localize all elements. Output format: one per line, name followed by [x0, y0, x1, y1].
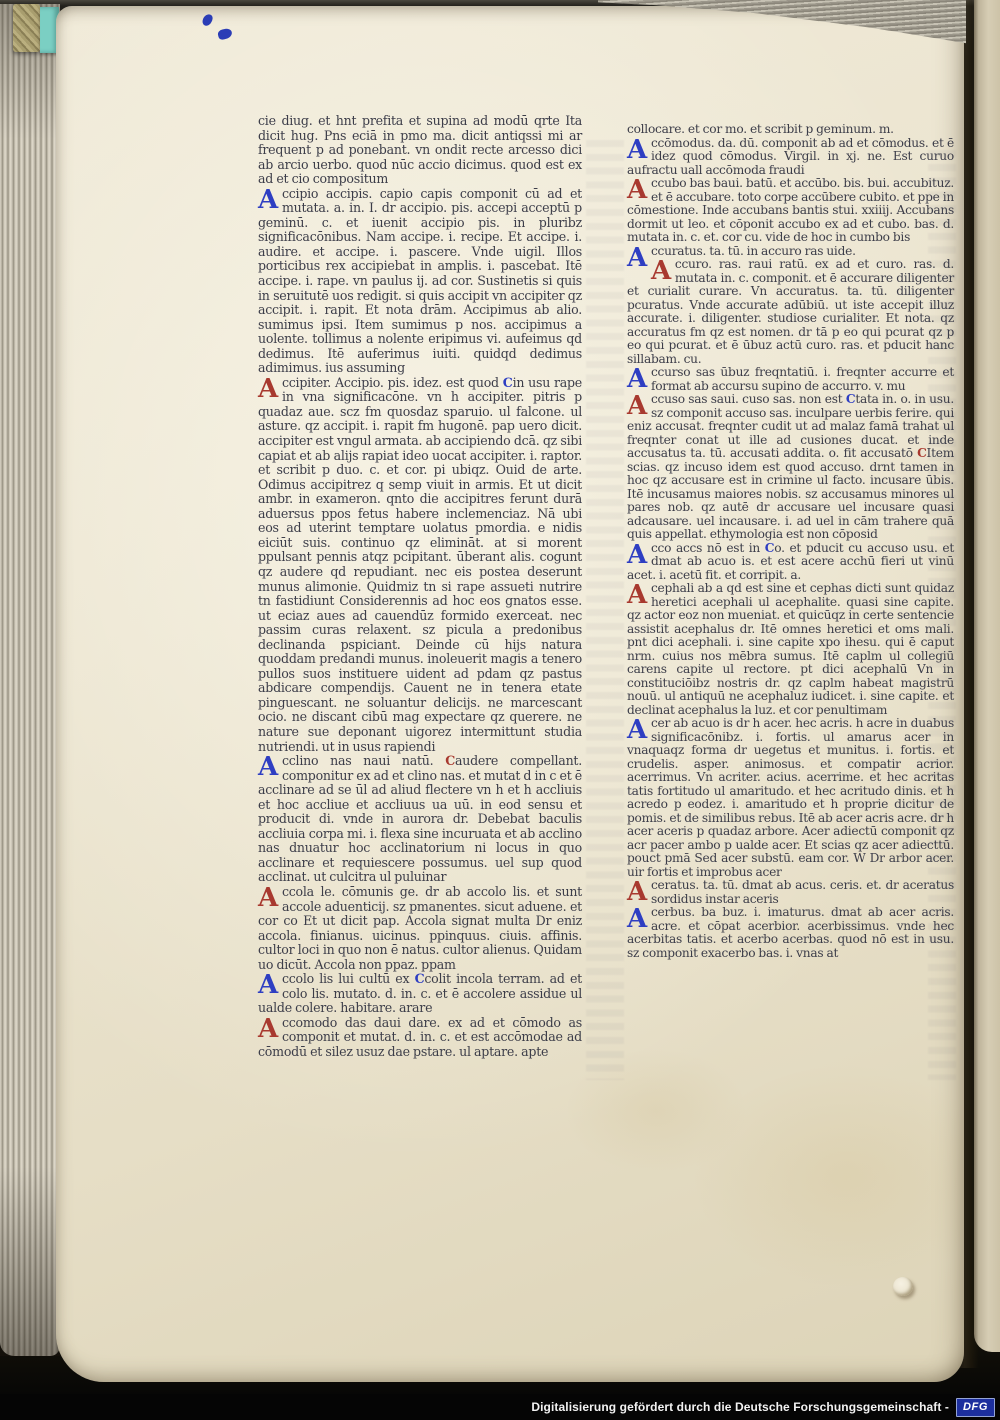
entry-acer: Acer ab acuo is dr h acer. hec acris. h …: [627, 717, 954, 879]
paragraph-mark: C: [917, 446, 926, 460]
illuminated-initial: A: [627, 719, 647, 742]
illuminated-initial: A: [627, 395, 647, 418]
digitized-book-photo: cie diug. et hnt prefita et supina ad mo…: [0, 0, 1000, 1420]
manuscript-text: cco accs nō est in: [651, 541, 765, 555]
manuscript-text: cer ab acuo is dr h acer. hec acris. h a…: [627, 716, 954, 879]
illuminated-initial: A: [627, 544, 647, 567]
entry-acco: Acco accs nō est in Co. et pducit cu acc…: [627, 542, 954, 583]
manuscript-text: Item scias. qz incuso idem est quod accu…: [627, 446, 954, 541]
illuminated-initial: A: [627, 247, 647, 270]
manuscript-text: ccuso sas saui. cuso sas. non est: [651, 392, 846, 406]
illuminated-initial: A: [627, 139, 647, 162]
manuscript-text: in usu rape in vna significacōne. vn h a…: [258, 375, 582, 754]
illuminated-initial: A: [627, 881, 647, 904]
manuscript-text: collocare. et cor mo. et scribit p gemin…: [627, 122, 894, 136]
text-column-right: collocare. et cor mo. et scribit p gemin…: [627, 123, 954, 960]
illuminated-initial: A: [627, 179, 647, 202]
paragraph-mark: C: [846, 392, 855, 406]
text-paragraph: collocare. et cor mo. et scribit p gemin…: [627, 123, 954, 137]
entry-accipio: Accipio accipis. capio capis componit cū…: [258, 187, 582, 376]
illuminated-initial: A: [258, 756, 278, 779]
paragraph-mark: C: [445, 753, 455, 768]
entry-accuro: Accuro. ras. raui ratū. ex ad et curo. r…: [627, 258, 954, 366]
manuscript-text: ccuro. ras. raui ratū. ex ad et curo. ra…: [627, 257, 954, 366]
page-edges: [0, 4, 60, 1356]
illuminated-initial: A: [627, 908, 647, 931]
illuminated-initial: A: [651, 260, 671, 283]
entry-accubo: Accubo bas baui. batū. et accūbo. bis. b…: [627, 177, 954, 245]
manuscript-text: ccomodo das daui dare. ex ad et cōmodo a…: [258, 1015, 582, 1059]
illuminated-initial: A: [627, 368, 647, 391]
paragraph-mark: C: [765, 541, 774, 555]
entry-accurso: Accurso sas ūbuz freqntatiū. i. freqnter…: [627, 366, 954, 393]
manuscript-text: cclino nas naui natū.: [282, 753, 445, 768]
manuscript-text: ccolo lis lui cultū ex: [282, 971, 415, 986]
illuminated-initial: A: [258, 974, 278, 997]
endband: [13, 4, 40, 52]
manuscript-text: ceratus. ta. tū. dmat ab acus. ceris. et…: [651, 878, 954, 906]
manuscript-text: ccola le. cōmunis ge. dr ab accolo lis. …: [258, 884, 582, 972]
illuminated-initial: A: [258, 189, 278, 212]
entry-acerbus: Acerbus. ba buz. i. imaturus. dmat ab ac…: [627, 906, 954, 960]
entry-accuratus: Accuratus. ta. tū. in accuro ras uide.: [627, 245, 954, 259]
entry-acephali: Acephali ab a qd est sine et cephas dict…: [627, 582, 954, 717]
manuscript-text: ccōmodus. da. dū. componit ab ad et cōmo…: [627, 136, 954, 177]
entry-aceratus: Aceratus. ta. tū. dmat ab acus. ceris. e…: [627, 879, 954, 906]
entry-accola: Accola le. cōmunis ge. dr ab accolo lis.…: [258, 885, 582, 972]
watermark-text: Digitalisierung gefördert durch die Deut…: [531, 1400, 949, 1414]
text-column-left: cie diug. et hnt prefita et supina ad mo…: [258, 114, 582, 1060]
manuscript-text: cie diug. et hnt prefita et supina ad mo…: [258, 113, 582, 186]
illuminated-initial: A: [258, 887, 278, 910]
manuscript-text: ccurso sas ūbuz freqntatiū. i. freqnter …: [651, 365, 954, 393]
paragraph-mark: C: [503, 375, 513, 390]
manuscript-text: ccubo bas baui. batū. et accūbo. bis. bu…: [627, 176, 954, 244]
entry-accuso: Accuso sas saui. cuso sas. non est Ctata…: [627, 393, 954, 542]
text-paragraph: cie diug. et hnt prefita et supina ad mo…: [258, 114, 582, 187]
entry-accommodus: Accōmodus. da. dū. componit ab ad et cōm…: [627, 137, 954, 178]
illuminated-initial: A: [258, 378, 278, 401]
illuminated-initial: A: [627, 584, 647, 607]
entry-accomodo: Accomodo das daui dare. ex ad et cōmodo …: [258, 1016, 582, 1060]
parchment-hole: [893, 1277, 913, 1296]
entry-accipiter: Accipiter. Accipio. pis. idez. est quod …: [258, 376, 582, 754]
manuscript-text: cerbus. ba buz. i. imaturus. dmat ab ace…: [627, 905, 954, 960]
manuscript-text: audere compellant. componitur ex ad et c…: [258, 753, 582, 884]
manuscript-text: cephali ab a qd est sine et cephas dicti…: [627, 581, 954, 717]
manuscript-text: ccipio accipis. capio capis componit cū …: [258, 186, 582, 376]
showthrough-text: [586, 140, 624, 1080]
dfg-logo: DFG: [956, 1398, 995, 1417]
manuscript-text: ccuratus. ta. tū. in accuro ras uide.: [651, 244, 856, 258]
illuminated-initial: A: [258, 1018, 278, 1041]
paragraph-mark: C: [415, 971, 425, 986]
entry-acclino: Acclino nas naui natū. Caudere compellan…: [258, 754, 582, 885]
dfg-watermark-bar: Digitalisierung gefördert durch die Deut…: [0, 1394, 1000, 1420]
manuscript-text: ccipiter. Accipio. pis. idez. est quod: [282, 375, 503, 390]
entry-accolo: Accolo lis lui cultū ex Ccolit incola te…: [258, 972, 582, 1016]
